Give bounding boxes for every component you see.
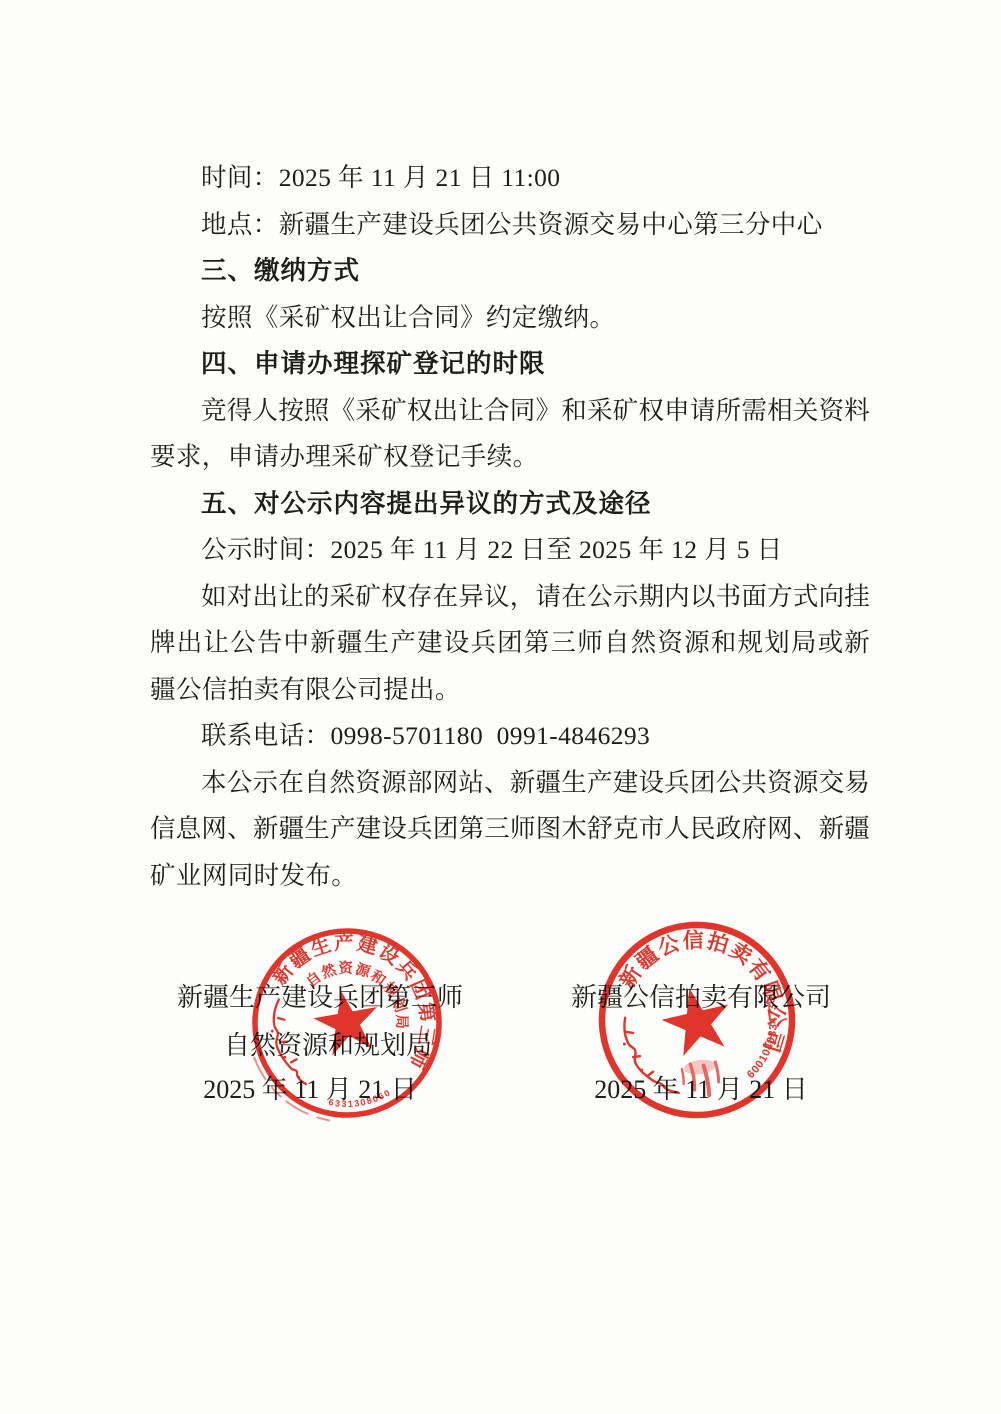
document-line: 公示时间：2025 年 11 月 22 日至 2025 年 12 月 5 日	[150, 527, 870, 574]
document-line: 地点：新疆生产建设兵团公共资源交易中心第三分中心	[150, 202, 870, 249]
document-line: 牌出让公告中新疆生产建设兵团第三师自然资源和规划局或新	[150, 620, 870, 667]
document-line: 信息网、新疆生产建设兵团第三师图木舒克市人民政府网、新疆	[150, 806, 870, 853]
document-line: 如对出让的采矿权存在异议，请在公示期内以书面方式向挂	[150, 574, 870, 621]
seal-star-icon	[656, 980, 737, 1059]
document-line: 矿业网同时发布。	[150, 853, 870, 900]
document-line: 要求，申请办理采矿权登记手续。	[150, 434, 870, 481]
document-line: 三、缴纳方式	[150, 248, 870, 295]
document-line: 四、申请办理探矿登记的时限	[150, 341, 870, 388]
scanned-announcement-page: 时间：2025 年 11 月 21 日 11:00 地点：新疆生产建设兵团公共资…	[0, 0, 1001, 1414]
seal-ring-ghost	[254, 1046, 330, 1132]
official-seal-right-icon: 新疆公信拍卖有限公司 6001040334730	[580, 903, 814, 1137]
document-line: 五、对公示内容提出异议的方式及途径	[150, 481, 870, 528]
document-line: 疆公信拍卖有限公司提出。	[150, 667, 870, 714]
seal-smudge	[681, 1058, 720, 1098]
document-line: 时间：2025 年 11 月 21 日 11:00	[150, 155, 870, 202]
announcement-body: 时间：2025 年 11 月 21 日 11:00 地点：新疆生产建设兵团公共资…	[150, 155, 870, 899]
seal-ring-text: 新疆生产建设兵团第三师	[262, 916, 449, 1098]
document-line: 竞得人按照《采矿权出让合同》和采矿权申请所需相关资料	[150, 388, 870, 435]
seal-star-icon	[310, 986, 384, 1058]
document-line: 按照《采矿权出让合同》约定缴纳。	[150, 295, 870, 342]
official-seal-left-icon: 新疆生产建设兵团第三师 自然资源和规划局 6331308060	[225, 901, 468, 1144]
document-line: 本公示在自然资源部网站、新疆生产建设兵团公共资源交易	[150, 760, 870, 807]
document-line: 联系电话：0998-5701180 0991-4846293	[150, 713, 870, 760]
